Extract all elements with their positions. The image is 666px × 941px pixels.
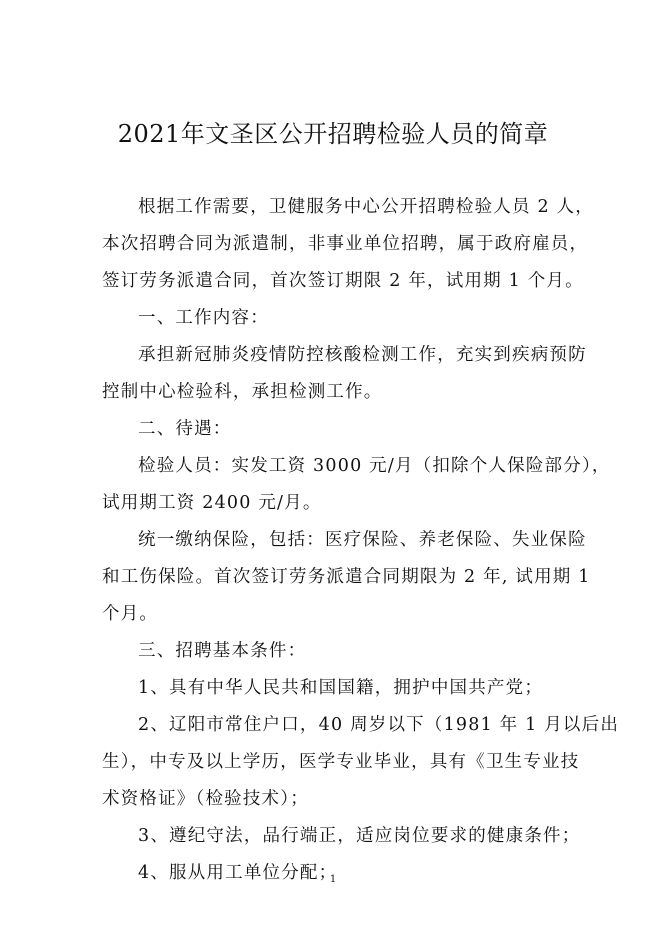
paragraph-line: 和工伤保险。首次签订劳务派遣合同期限为 2 年, 试用期 1 — [102, 566, 572, 588]
section-heading: 三、招聘基本条件： — [138, 640, 572, 662]
list-item-continuation: 生），中专及以上学历，医学专业毕业，具有《卫生专业技 — [102, 751, 572, 773]
section-heading: 一、工作内容： — [138, 307, 572, 329]
document-title: 2021年文圣区公开招聘检验人员的简章 — [0, 114, 666, 149]
list-item: 1、具有中华人民共和国国籍，拥护中国共产党； — [138, 677, 572, 699]
paragraph-line: 根据工作需要，卫健服务中心公开招聘检验人员 2 人， — [138, 196, 572, 218]
list-item: 2、辽阳市常住户口，40 周岁以下（1981 年 1 月以后出 — [138, 714, 572, 736]
section-heading: 二、待遇： — [138, 418, 572, 440]
paragraph-line: 控制中心检验科，承担检测工作。 — [102, 381, 572, 403]
page-number: 1 — [0, 874, 666, 885]
paragraph-line: 本次招聘合同为派遣制，非事业单位招聘，属于政府雇员， — [102, 233, 572, 255]
paragraph-line: 个月。 — [102, 603, 572, 625]
paragraph-line: 承担新冠肺炎疫情防控核酸检测工作，充实到疾病预防 — [138, 344, 572, 366]
paragraph-line: 统一缴纳保险，包括：医疗保险、养老保险、失业保险 — [138, 529, 572, 551]
list-item: 3、遵纪守法，品行端正，适应岗位要求的健康条件； — [138, 825, 572, 847]
paragraph-line: 试用期工资 2400 元/月。 — [102, 492, 572, 514]
list-item-continuation: 术资格证》（检验技术）； — [102, 788, 572, 810]
paragraph-line: 检验人员：实发工资 3000 元/月（扣除个人保险部分）， — [138, 455, 572, 477]
paragraph-line: 签订劳务派遣合同，首次签订期限 2 年，试用期 1 个月。 — [102, 270, 572, 292]
document-page: 2021年文圣区公开招聘检验人员的简章 根据工作需要，卫健服务中心公开招聘检验人… — [0, 0, 666, 941]
